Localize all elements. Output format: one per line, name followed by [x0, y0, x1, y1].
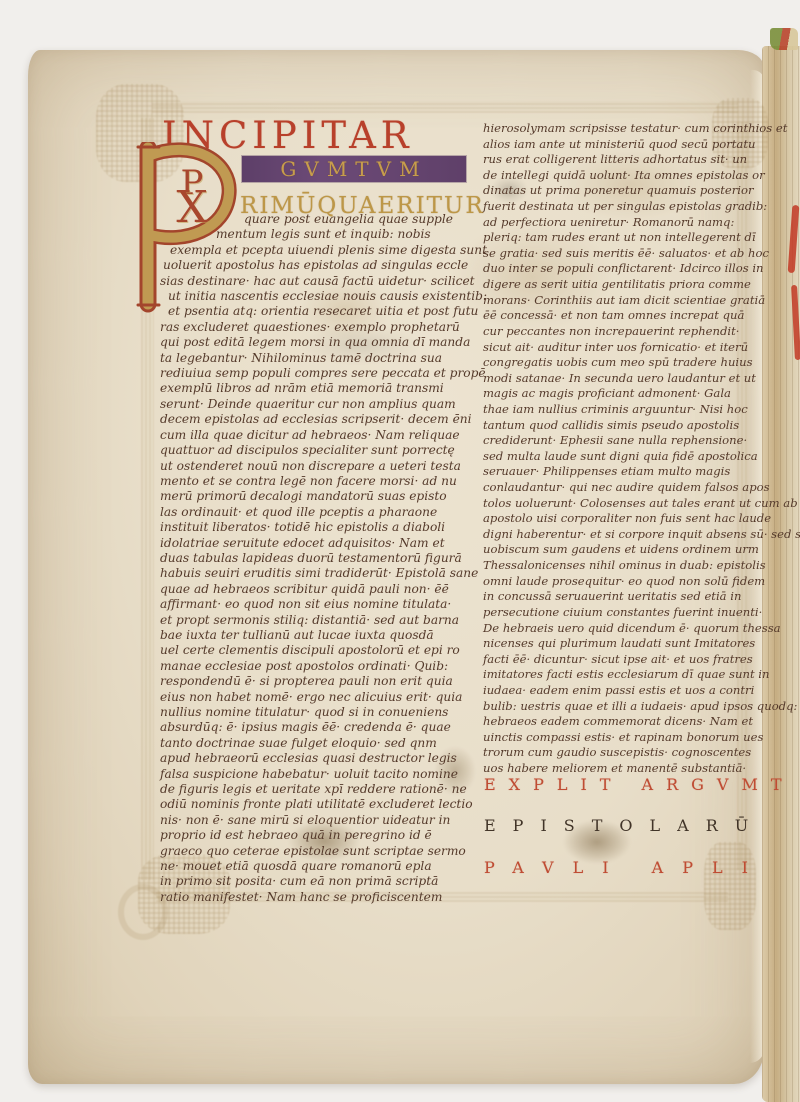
manuscript-text-line: eius non habet nomē· ergo nec alicuius e…	[160, 690, 487, 705]
manuscript-text-line: tolos uoluerunt· Colosenses aut tales er…	[483, 496, 800, 512]
manuscript-text-line: decem epistolas ad ecclesias scripserit·…	[160, 412, 487, 427]
manuscript-text-line: hierosolymam scripsisse testatur· cum co…	[483, 121, 800, 137]
manuscript-text-line: seruauer· Philippenses etiam multo magis	[483, 464, 800, 480]
manuscript-text-line: merū primorū decalogi mandatorū suas epi…	[160, 489, 487, 504]
manuscript-text-line: quare post euangelia quae supple	[160, 212, 487, 227]
manuscript-text-line: cum illa quae dicitur ad hebraeos· Nam r…	[160, 428, 487, 443]
manuscript-text-line: alios iam ante ut ministeriū quod secū p…	[483, 137, 800, 153]
manuscript-text-line: ta legebantur· Nihilominus tamē doctrina…	[160, 351, 487, 366]
manuscript-text-line: uoluerit apostolus has epistolas ad sing…	[160, 258, 487, 273]
manuscript-text-line: congregatis uobis cum meo spū tradere hu…	[483, 355, 800, 371]
manuscript-text-line: ne· mouet etiā quosdā quare romanorū epl…	[160, 859, 487, 874]
manuscript-text-line: ras excluderet quaestiones· exemplo prop…	[160, 320, 487, 335]
manuscript-text-line: pleriq: tam rudes erant ut non intellege…	[483, 230, 800, 246]
manuscript-text-line: exemplū libros ad nrām etiā memoriā tran…	[160, 381, 487, 396]
manuscript-text-line: quae ad hebraeos scribitur quidā pauli n…	[160, 582, 487, 597]
manuscript-text-line: tanto doctrinae suae fulget eloquio· sed…	[160, 736, 487, 751]
manuscript-text-line: las ordinauit· et quod ille pceptis a ph…	[160, 505, 487, 520]
manuscript-text-line: instituit liberatos· totidē hic epistoli…	[160, 520, 487, 535]
manuscript-text-line: falsa suspicione habebatur· uoluit tacit…	[160, 767, 487, 782]
manuscript-text-line: rus erat colligerent litteris adhortatus…	[483, 152, 800, 168]
manuscript-text-line: thae iam nullius criminis arguuntur· Nis…	[483, 402, 800, 418]
argumentum-heading: GVMTVM	[242, 156, 466, 182]
explicit-argumentum-line: EXPLIT ARGVMT	[484, 775, 795, 794]
manuscript-text-line: ad perfectiora ueniretur· Romanorū namq:	[483, 215, 800, 231]
manuscript-text-line: Thessalonicenses nihil ominus in duab: e…	[483, 558, 800, 574]
explicit-epistolarum-line: EPISTOLARŪ	[484, 816, 765, 835]
argumentum-purple-band: GVMTVM	[242, 156, 466, 182]
manuscript-text-line: idolatriae seruitute edocet adquisitos· …	[160, 536, 487, 551]
manuscript-text-line: bulib: uestris quae et illi a iudaeis· a…	[483, 699, 800, 715]
manuscript-text-line: omni laude prosequitur· eo quod non solū…	[483, 574, 800, 590]
manuscript-text-line: habuis seuiri eruditis simi tradiderūt· …	[160, 566, 487, 581]
manuscript-text-line: cur peccantes non increpauerint rephendi…	[483, 324, 800, 340]
manuscript-text-line: ut ostenderet nouū non discrepare a uete…	[160, 459, 487, 474]
manuscript-text-line: crediderunt· Ephesii sane nulla rephensi…	[483, 433, 800, 449]
manuscript-text-line: nullius nomine titulatur· quod si in con…	[160, 705, 487, 720]
manuscript-text-line: nicenses qui plurimum laudati sunt Imita…	[483, 636, 800, 652]
manuscript-text-line: graeco quo ceterae epistolae sunt script…	[160, 844, 487, 859]
manuscript-text-line: morans· Corinthiis aut iam dicit scienti…	[483, 293, 800, 309]
manuscript-text-line: mento et se contra legē non facere morsi…	[160, 474, 487, 489]
manuscript-text-line: respondendū ē· si propterea pauli non er…	[160, 674, 487, 689]
manuscript-text-line: quattuor ad discipulos specialiter sunt …	[160, 443, 487, 458]
manuscript-text-line: et propt sermonis stiliq: distantiā· sed…	[160, 613, 487, 628]
manuscript-text-line: modi satanae· In secunda uero laudantur …	[483, 371, 800, 387]
manuscript-text-line: digere as serit uitia gentilitatis prior…	[483, 277, 800, 293]
manuscript-text-line: digni haberentur· et si corpore inquit a…	[483, 527, 800, 543]
manuscript-text-line: in concussā seruauerint ueritatis sed et…	[483, 589, 800, 605]
manuscript-text-line: De hebraeis uero quid dicendum ē· quorum…	[483, 621, 800, 637]
manuscript-text-line: qui post editā legem morsi in qua omnia …	[160, 335, 487, 350]
manuscript-text-line: dinatas ut prima poneretur quamuis poste…	[483, 183, 800, 199]
photo-background: INCIPITAR GVMTVM RIMŪQUAERITUR P X quare…	[0, 0, 800, 1102]
manuscript-text-line: de intellegi quidā uolunt· Ita omnes epi…	[483, 168, 800, 184]
left-text-column: quare post euangelia quae supplementum l…	[160, 212, 487, 905]
manuscript-text-line: persecutione ciuium constantes fuerint i…	[483, 605, 800, 621]
manuscript-text-line: rediuiua semp populi compres sere peccat…	[160, 366, 487, 381]
manuscript-text-line: uinctis compassi estis· et rapinam bonor…	[483, 730, 800, 746]
manuscript-text-line: sias destinare· hac aut causā factū uide…	[160, 274, 487, 289]
manuscript-text-line: magis ac magis proficiant admonent· Gala	[483, 386, 800, 402]
manuscript-text-line: duas tabulas lapideas duorū testamentorū…	[160, 551, 487, 566]
manuscript-text-line: serunt· Deinde quaeritur cur non amplius…	[160, 397, 487, 412]
manuscript-text-line: sicut ait· auditur inter uos fornicatio·…	[483, 340, 800, 356]
manuscript-text-line: facti ēē· dicuntur· sicut ipse ait· et u…	[483, 652, 800, 668]
manuscript-text-line: apostolo uisi corporaliter non fuis sent…	[483, 511, 800, 527]
manuscript-text-line: sed multa laude sunt digni quia fidē apo…	[483, 449, 800, 465]
manuscript-text-line: hebraeos eadem commemorat dicens· Nam et	[483, 714, 800, 730]
manuscript-text-line: imitatores facti estis ecclesiarum dī qu…	[483, 667, 800, 683]
manuscript-text-line: tantum quod callidis simis pseudo aposto…	[483, 418, 800, 434]
explicit-pauli-line: PAVLI APLI	[484, 858, 767, 877]
manuscript-text-line: ēē concessā· et non tam omnes increpat q…	[483, 308, 800, 324]
manuscript-text-line: et psentia atq: orientia resecaret uitia…	[160, 304, 487, 319]
manuscript-text-line: fuerit destinata ut per singulas epistol…	[483, 199, 800, 215]
manuscript-text-line: exempla et pcepta uiuendi plenis sime di…	[160, 243, 487, 258]
manuscript-text-line: duo inter se populi conflictarent· Idcir…	[483, 261, 800, 277]
manuscript-text-line: ratio manifestet· Nam hanc se proficisce…	[160, 890, 487, 905]
manuscript-text-line: affirmant· eo quod non sit eius nomine t…	[160, 597, 487, 612]
manuscript-text-line: de figuris legis et ueritate xpī reddere…	[160, 782, 487, 797]
manuscript-text-line: apud hebraeorū ecclesias quasi destructo…	[160, 751, 487, 766]
manuscript-text-line: trorum cum gaudio suscepistis· cognoscen…	[483, 745, 800, 761]
manuscript-text-line: in primo sit posita· cum eā non primā sc…	[160, 874, 487, 889]
manuscript-text-line: conlaudantur· qui nec audire quidem fals…	[483, 480, 800, 496]
manuscript-text-line: bae iuxta ter tullianū aut lucae iuxta q…	[160, 628, 487, 643]
manuscript-text-line: nis· non ē· sane mirū si eloquentior uid…	[160, 813, 487, 828]
manuscript-text-line: absurdūq: ē· ipsius magis ēē· credenda ē…	[160, 720, 487, 735]
manuscript-text-line: uobiscum sum gaudens et uidens ordinem u…	[483, 542, 800, 558]
manuscript-text-line: manae ecclesiae post apostolos ordinati·…	[160, 659, 487, 674]
manuscript-text-line: iudaea· eadem enim passi estis et uos a …	[483, 683, 800, 699]
manuscript-text-line: se gratia· sed suis meritis ēē· saluatos…	[483, 246, 800, 262]
right-text-column: hierosolymam scripsisse testatur· cum co…	[483, 121, 800, 777]
manuscript-text-line: uel certe clementis discipuli apostolorū…	[160, 643, 487, 658]
manuscript-text-line: mentum legis sunt et inquib: nobis	[160, 227, 487, 242]
manuscript-text-line: proprio id est hebraeo quā in peregrino …	[160, 828, 487, 843]
manuscript-text-line: ut initia nascentis ecclesiae nouis caus…	[160, 289, 487, 304]
facing-page-illumination-sliver	[770, 28, 798, 50]
manuscript-text-line: odiū nominis fronte plati utilitatē excl…	[160, 797, 487, 812]
